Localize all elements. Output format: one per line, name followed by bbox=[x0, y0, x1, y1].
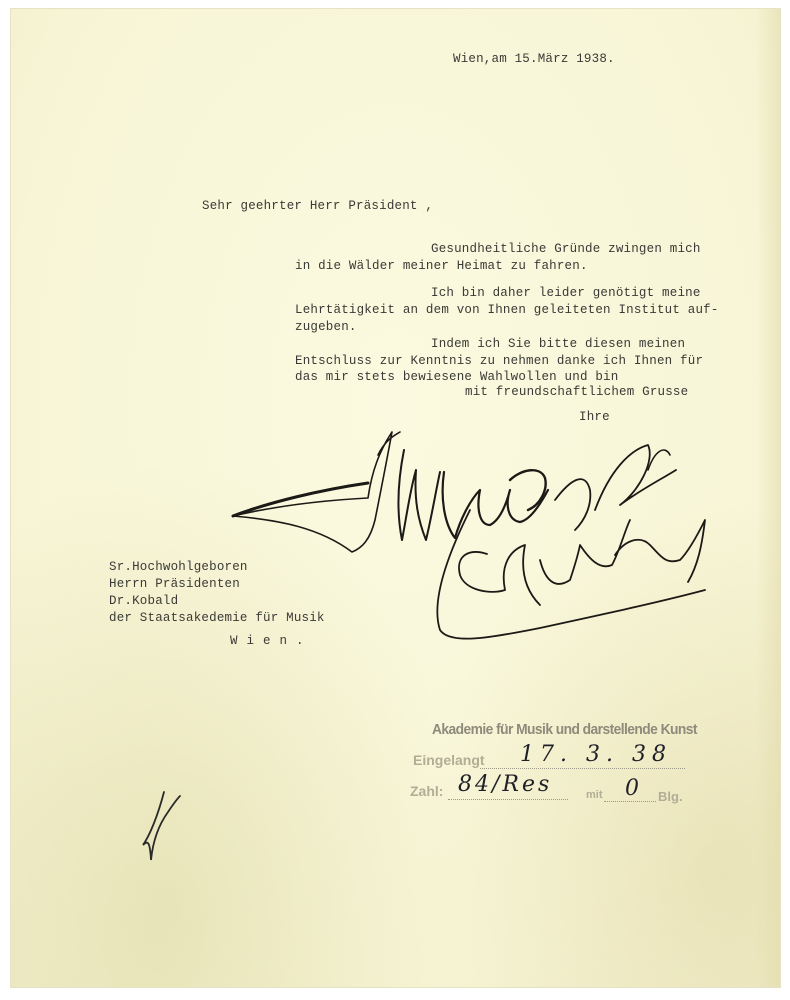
margin-check-mark bbox=[0, 0, 790, 1000]
